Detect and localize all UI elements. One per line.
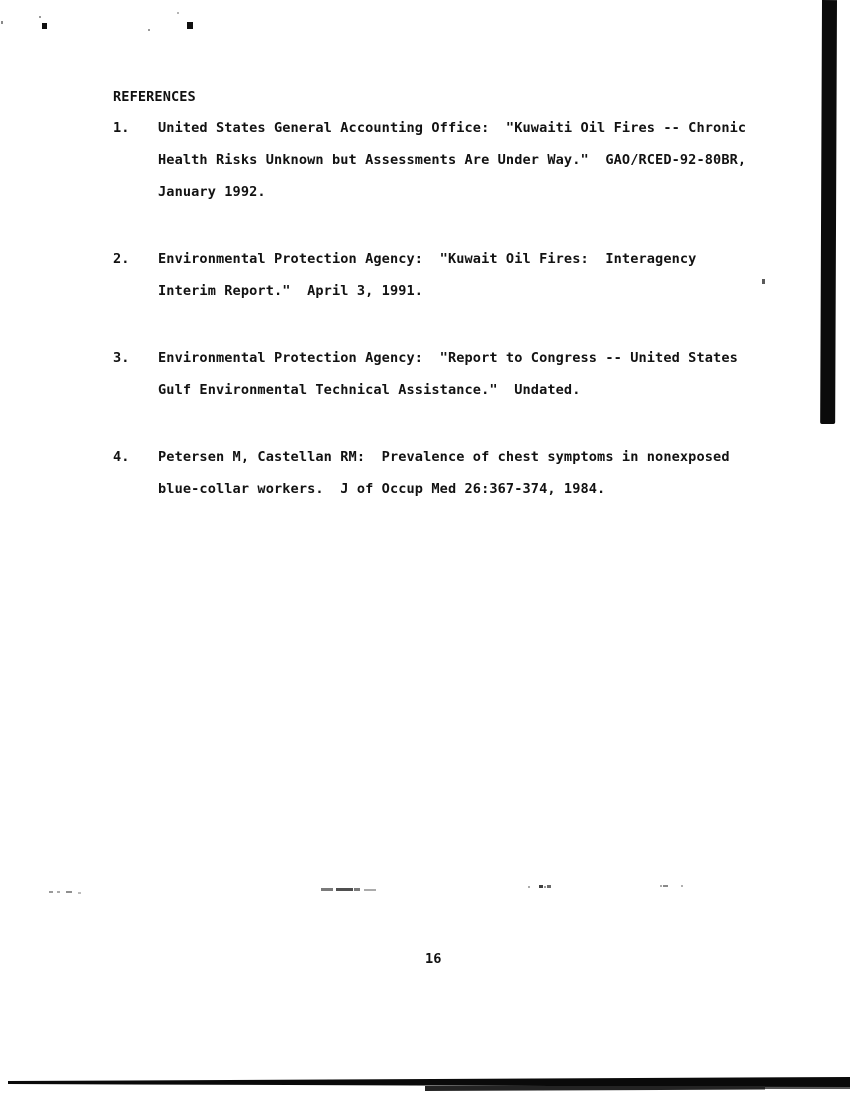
scan-speck (148, 29, 150, 31)
scan-speck (1, 21, 3, 24)
scan-speck (177, 12, 179, 14)
scan-artifact-bottom-band (425, 1086, 765, 1091)
scan-speck (39, 16, 41, 18)
scan-speck (354, 888, 360, 891)
references-list: 1.United States General Accounting Offic… (113, 112, 746, 540)
reference-number: 1. (113, 112, 130, 144)
scan-speck (663, 885, 668, 887)
scan-speck (547, 885, 551, 888)
scan-speck (660, 885, 662, 887)
reference-line: Health Risks Unknown but Assessments Are… (158, 144, 746, 176)
reference-text: United States General Accounting Office:… (158, 112, 746, 208)
scan-speck (539, 885, 543, 888)
scan-speck (364, 889, 376, 891)
reference-text: Environmental Protection Agency: "Kuwait… (158, 243, 746, 307)
reference-line: Environmental Protection Agency: "Kuwait… (158, 243, 746, 275)
scanned-document-page: REFERENCES 1.United States General Accou… (0, 0, 850, 1094)
reference-item: 2.Environmental Protection Agency: "Kuwa… (113, 243, 746, 307)
reference-line: Environmental Protection Agency: "Report… (158, 342, 746, 374)
reference-line: Interim Report." April 3, 1991. (158, 275, 746, 307)
reference-item: 4.Petersen M, Castellan RM: Prevalence o… (113, 441, 746, 505)
scan-speck (66, 891, 72, 893)
reference-line: Petersen M, Castellan RM: Prevalence of … (158, 441, 746, 473)
reference-number: 4. (113, 441, 130, 473)
scan-speck (42, 23, 47, 29)
reference-line: January 1992. (158, 176, 746, 208)
scan-speck (336, 888, 353, 891)
scan-speck (762, 279, 765, 284)
scan-speck (78, 892, 81, 894)
scan-speck (321, 888, 333, 891)
reference-text: Petersen M, Castellan RM: Prevalence of … (158, 441, 746, 505)
scan-artifact-right-edge-bar (820, 0, 837, 424)
scan-speck (187, 22, 193, 29)
reference-line: Gulf Environmental Technical Assistance.… (158, 374, 746, 406)
scan-speck (49, 891, 53, 893)
scan-speck (57, 891, 60, 893)
reference-line: United States General Accounting Office:… (158, 112, 746, 144)
reference-item: 1.United States General Accounting Offic… (113, 112, 746, 208)
references-heading: REFERENCES (113, 81, 196, 113)
reference-number: 2. (113, 243, 130, 275)
reference-line: blue-collar workers. J of Occup Med 26:3… (158, 473, 746, 505)
page-number: 16 (425, 943, 442, 975)
reference-number: 3. (113, 342, 130, 374)
scan-speck (681, 885, 683, 887)
reference-text: Environmental Protection Agency: "Report… (158, 342, 746, 406)
reference-item: 3.Environmental Protection Agency: "Repo… (113, 342, 746, 406)
scan-speck (544, 886, 546, 888)
scan-speck (528, 886, 530, 888)
